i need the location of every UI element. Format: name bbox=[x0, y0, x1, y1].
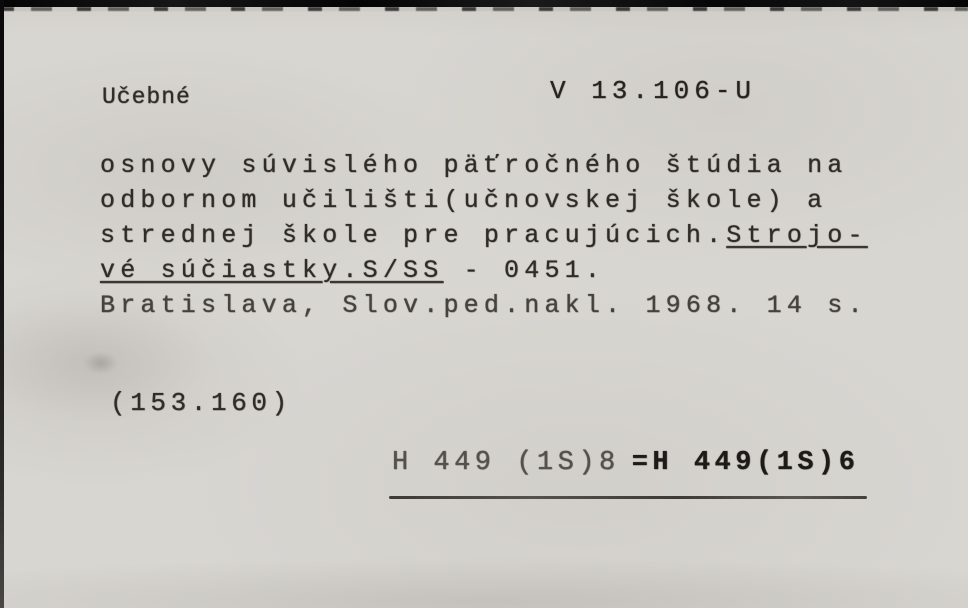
body-line-2-text: odbornom učilišti(učnovskej škole) a bbox=[100, 186, 827, 215]
body-line-1: osnovy súvislého päťročného štúdia na bbox=[100, 148, 868, 183]
library-catalog-card: Učebné V 13.106-U osnovy súvislého päťro… bbox=[0, 0, 968, 608]
body-line-3: strednej škole pre pracujúcich.Strojo- bbox=[100, 218, 868, 253]
scan-edge-top-ragged bbox=[0, 7, 968, 11]
body-line-4: vé súčiastky.S/SS - 0451. bbox=[100, 253, 868, 288]
card-body: osnovy súvislého päťročného štúdia na od… bbox=[100, 148, 868, 323]
card-heading: Učebné bbox=[102, 84, 191, 110]
shelf-mark: H 449 (1S)8=H 449(1S)6 bbox=[392, 448, 859, 478]
shelf-mark-correction: =H 449(1S)6 bbox=[632, 448, 860, 478]
body-line-2: odbornom učilišti(učnovskej škole) a bbox=[100, 183, 868, 218]
imprint-text: Bratislava, Slov.ped.nakl. 1968. 14 s. bbox=[100, 291, 868, 320]
scan-edge-top bbox=[0, 0, 968, 7]
classification-number: (153.160) bbox=[110, 388, 292, 418]
shelf-mark-original: H 449 (1S)8 bbox=[392, 448, 620, 478]
title-underlined-part-2: vé súčiastky.S/SS bbox=[100, 256, 443, 285]
body-line-5-imprint: Bratislava, Slov.ped.nakl. 1968. 14 s. bbox=[100, 288, 868, 323]
shelf-mark-underline bbox=[389, 496, 867, 499]
body-line-1-text: osnovy súvislého päťročného štúdia na bbox=[100, 151, 848, 180]
body-line-4-text: - 0451. bbox=[443, 256, 605, 285]
body-line-3-text: strednej škole pre pracujúcich. bbox=[100, 221, 726, 250]
title-underlined-part-1: Strojo- bbox=[726, 221, 867, 250]
top-call-number: V 13.106-U bbox=[550, 76, 756, 106]
scan-edge-left bbox=[0, 0, 4, 608]
ink-smudge bbox=[84, 352, 118, 374]
